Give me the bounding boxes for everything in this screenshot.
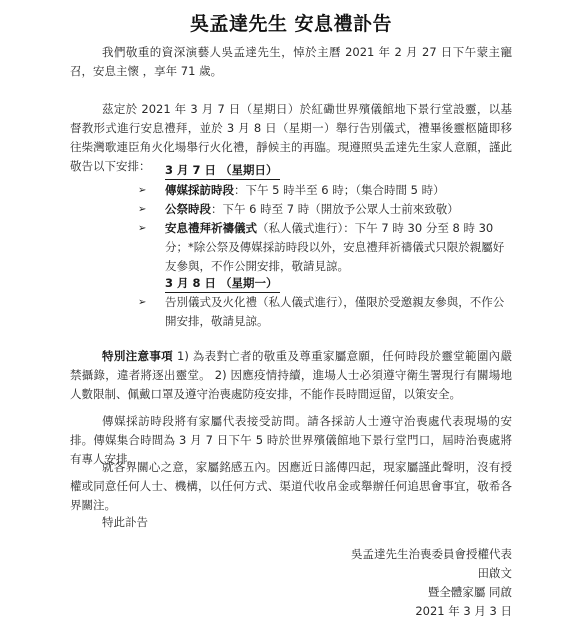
- item-label: 安息禮拜祈禱儀式: [165, 221, 257, 235]
- day1-schedule-list: ➢ 傳媒採訪時段：下午 5 時半至 6 時；（集合時間 5 時） ➢ 公祭時段：…: [130, 181, 512, 276]
- statement-paragraph: 就各界關心之意，家屬銘感五內。因應近日謠傳四起，現家屬謹此聲明，沒有授權或同意任…: [70, 458, 512, 515]
- schedule-item-farewell: ➢ 告別儀式及火化禮（私人儀式進行），僅限於受邀親友參與，不作公開安排，敬請見諒…: [130, 293, 512, 331]
- arrow-bullet-icon: ➢: [138, 219, 146, 238]
- day1-heading: 3 月 7 日 （星期日）: [165, 162, 280, 180]
- signature-committee: 吳孟達先生治喪委員會授權代表: [351, 545, 512, 564]
- intro-paragraph: 我們敬重的資深演藝人吳孟達先生，悼於主曆 2021 年 2 月 27 日下午蒙主…: [70, 43, 512, 81]
- item-text: 告別儀式及火化禮（私人儀式進行），僅限於受邀親友參與，不作公開安排，敬請見諒。: [165, 295, 504, 328]
- signature-family: 暨全體家屬 同啟: [351, 583, 512, 602]
- notice-paragraph: 特別注意事項 1) 為表對亡者的敬重及尊重家屬意願，任何時段於靈堂範圍內嚴禁攝錄…: [70, 347, 512, 404]
- arrow-bullet-icon: ➢: [138, 181, 146, 200]
- schedule-item-public-tribute: ➢ 公祭時段：下午 6 時至 7 時（開放予公眾人士前來致敬）: [130, 200, 512, 219]
- obituary-document: 吳孟達先生 安息禮訃告 我們敬重的資深演藝人吳孟達先生，悼於主曆 2021 年 …: [0, 0, 582, 619]
- signature-representative: 田啟文: [351, 564, 512, 583]
- arrangement-paragraph: 茲定於 2021 年 3 月 7 日（星期日）於紅磡世界殯儀館地下景行堂設靈，以…: [70, 100, 512, 176]
- arrow-bullet-icon: ➢: [138, 200, 146, 219]
- schedule-item-media: ➢ 傳媒採訪時段：下午 5 時半至 6 時；（集合時間 5 時）: [130, 181, 512, 200]
- signature-date: 2021 年 3 月 3 日: [351, 602, 512, 619]
- day2-schedule-list: ➢ 告別儀式及火化禮（私人儀式進行），僅限於受邀親友參與，不作公開安排，敬請見諒…: [130, 293, 512, 331]
- closing-line: 特此訃告: [102, 513, 148, 532]
- item-text: ：下午 5 時半至 6 時；（集合時間 5 時）: [234, 183, 445, 197]
- signature-block: 吳孟達先生治喪委員會授權代表 田啟文 暨全體家屬 同啟 2021 年 3 月 3…: [351, 545, 512, 619]
- schedule-item-memorial-service: ➢ 安息禮拜祈禱儀式（私人儀式進行）：下午 7 時 30 分至 8 時 30 分…: [130, 219, 512, 276]
- item-text: ：下午 6 時至 7 時（開放予公眾人士前來致敬）: [211, 202, 459, 216]
- arrow-bullet-icon: ➢: [138, 293, 146, 312]
- item-label: 公祭時段: [165, 202, 211, 216]
- day2-heading: 3 月 8 日 （星期一）: [165, 275, 280, 293]
- item-label: 傳媒採訪時段: [165, 183, 234, 197]
- document-title: 吳孟達先生 安息禮訃告: [0, 9, 582, 36]
- notice-label: 特別注意事項: [102, 349, 173, 363]
